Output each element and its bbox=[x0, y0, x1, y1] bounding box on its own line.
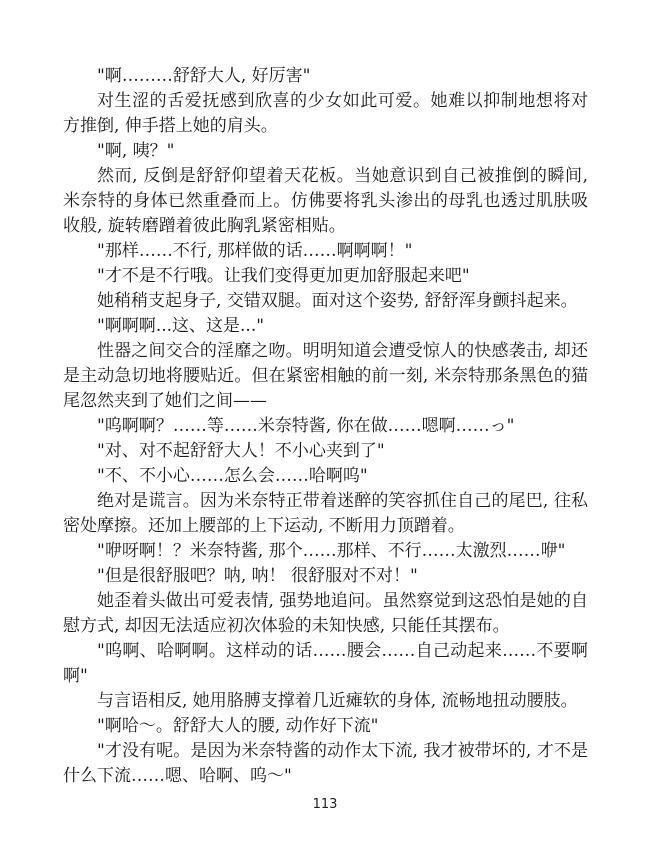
paragraph: "才不是不行哦。让我们变得更加更加舒服起来吧" bbox=[63, 264, 588, 289]
paragraph: "但是很舒服吧？呐, 呐！ 很舒服对不对！" bbox=[63, 564, 588, 589]
paragraph: 然而, 反倒是舒舒仰望着天花板。当她意识到自己被推倒的瞬间, 米奈特的身体已然重… bbox=[63, 164, 588, 239]
paragraph: "啊啊啊...这、这是..." bbox=[63, 314, 588, 339]
paragraph: 她稍稍支起身子, 交错双腿。面对这个姿势, 舒舒浑身颤抖起来。 bbox=[63, 289, 588, 314]
page-number: 113 bbox=[0, 797, 650, 812]
paragraph: "呜啊啊？……等……米奈特酱, 你在做……嗯啊……っ" bbox=[63, 414, 588, 439]
paragraph: 对生涩的舌爱抚感到欣喜的少女如此可爱。她难以抑制地想将对方推倒, 伸手搭上她的肩… bbox=[63, 89, 588, 139]
paragraph: "才没有呢。是因为米奈特酱的动作太下流, 我才被带坏的, 才不是什么下流……嗯、… bbox=[63, 739, 588, 789]
paragraph: "不、不小心……怎么会……哈啊呜" bbox=[63, 464, 588, 489]
paragraph: "咿呀啊！？米奈特酱, 那个……那样、不行……太激烈……咿" bbox=[63, 539, 588, 564]
paragraph: 她歪着头做出可爱表情, 强势地追问。虽然察觉到这恐怕是她的自慰方式, 却因无法适… bbox=[63, 589, 588, 639]
paragraph: 与言语相反, 她用胳膊支撑着几近瘫软的身体, 流畅地扭动腰肢。 bbox=[63, 689, 588, 714]
paragraph: "那样……不行, 那样做的话……啊啊啊！" bbox=[63, 239, 588, 264]
body-text: "啊………舒舒大人, 好厉害" 对生涩的舌爱抚感到欣喜的少女如此可爱。她难以抑制… bbox=[63, 64, 588, 789]
paragraph: "啊………舒舒大人, 好厉害" bbox=[63, 64, 588, 89]
paragraph: 性器之间交合的淫靡之吻。明明知道会遭受惊人的快感袭击, 却还是主动急切地将腰贴近… bbox=[63, 339, 588, 414]
paragraph: "啊, 咦？" bbox=[63, 139, 588, 164]
paragraph: "啊哈～。舒舒大人的腰, 动作好下流" bbox=[63, 714, 588, 739]
paragraph: "呜啊、哈啊啊。这样动的话……腰会……自己动起来……不要啊啊" bbox=[63, 639, 588, 689]
paragraph: "对、对不起舒舒大人！不小心夹到了" bbox=[63, 439, 588, 464]
document-page: "啊………舒舒大人, 好厉害" 对生涩的舌爱抚感到欣喜的少女如此可爱。她难以抑制… bbox=[0, 0, 650, 850]
paragraph: 绝对是谎言。因为米奈特正带着迷醉的笑容抓住自己的尾巴, 往私密处摩擦。还加上腰部… bbox=[63, 489, 588, 539]
